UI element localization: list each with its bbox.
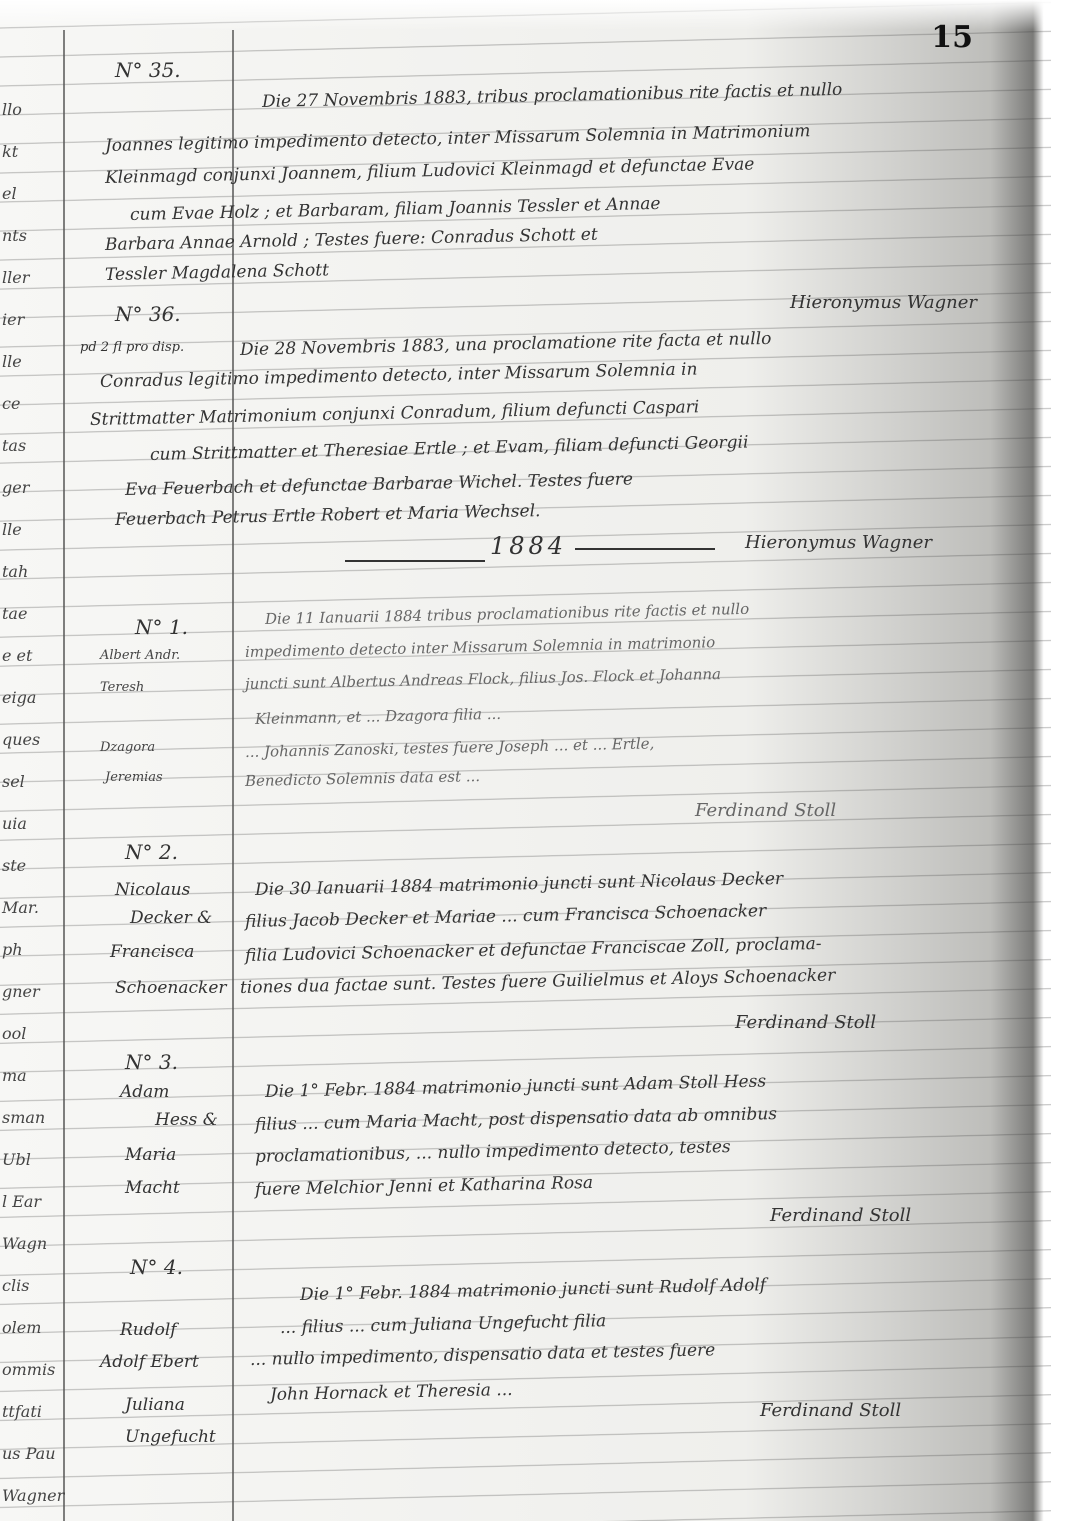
dispensation-note: pd 2 fl pro disp. xyxy=(80,340,184,355)
margin-fragment: Mar. xyxy=(2,898,39,917)
margin-fragment: ger xyxy=(2,478,29,497)
spouse-name: Jeremias xyxy=(105,770,163,785)
spouse-name: Nicolaus xyxy=(115,880,190,900)
spouse-name: Hess & xyxy=(155,1110,218,1130)
entry-number: N° 3. xyxy=(125,1050,178,1074)
margin-fragment: kt xyxy=(2,142,18,161)
margin-fragment: ste xyxy=(2,856,26,875)
entry-number: N° 4. xyxy=(130,1255,183,1279)
margin-fragment: ph xyxy=(2,940,23,959)
spouse-name: Dzagora xyxy=(100,740,155,755)
scan-right-edge xyxy=(1051,0,1065,1521)
margin-fragment: us Pau xyxy=(2,1444,56,1463)
margin-fragment: e et xyxy=(2,646,32,665)
signature: Ferdinand Stoll xyxy=(695,800,836,821)
margin-column-rule xyxy=(63,30,65,1521)
year-heading: 1884 xyxy=(490,532,567,560)
margin-fragment: sel xyxy=(2,772,25,791)
signature: Ferdinand Stoll xyxy=(760,1400,901,1421)
margin-fragment: Wagner xyxy=(2,1486,64,1505)
spouse-name: Adam xyxy=(120,1082,169,1102)
signature: Ferdinand Stoll xyxy=(770,1205,911,1226)
margin-fragment: tah xyxy=(2,562,28,581)
margin-fragment: ttfati xyxy=(2,1402,42,1421)
margin-fragment: uia xyxy=(2,814,27,833)
page-number: 15 xyxy=(931,20,973,55)
margin-fragment: gner xyxy=(2,982,40,1001)
signature: Hieronymus Wagner xyxy=(790,292,977,313)
spouse-name: Maria xyxy=(125,1145,176,1165)
signature: Hieronymus Wagner xyxy=(745,532,932,553)
signature: Ferdinand Stoll xyxy=(735,1012,876,1033)
margin-fragment: ller xyxy=(2,268,29,287)
margin-fragment: ool xyxy=(2,1024,26,1043)
margin-fragment: tae xyxy=(2,604,27,623)
margin-fragment: ier xyxy=(2,310,24,329)
margin-fragment: olem xyxy=(2,1318,41,1337)
spouse-name: Adolf Ebert xyxy=(100,1352,199,1372)
entry-number: N° 2. xyxy=(125,840,178,864)
margin-fragment: clis xyxy=(2,1276,29,1295)
entry-number: N° 35. xyxy=(115,58,181,82)
margin-fragment: lle xyxy=(2,520,22,539)
margin-fragment: el xyxy=(2,184,17,203)
margin-fragment: ma xyxy=(2,1066,27,1085)
margin-fragment: nts xyxy=(2,226,27,245)
margin-fragment: tas xyxy=(2,436,26,455)
spouse-name: Albert Andr. xyxy=(100,648,180,663)
name-column-rule xyxy=(232,30,234,1521)
margin-fragment: sman xyxy=(2,1108,45,1127)
margin-fragment: ques xyxy=(2,730,40,749)
year-rule-right xyxy=(575,548,715,550)
margin-fragment: ce xyxy=(2,394,20,413)
margin-fragment: Wagn xyxy=(2,1234,47,1253)
margin-fragment: ommis xyxy=(2,1360,55,1379)
margin-fragment: l Ear xyxy=(2,1192,41,1211)
spouse-name: Francisca xyxy=(110,942,194,962)
margin-fragment: llo xyxy=(2,100,22,119)
margin-fragment: lle xyxy=(2,352,22,371)
entry-number: N° 1. xyxy=(135,615,188,639)
scan-top-margin xyxy=(0,0,1065,30)
margin-fragment: Ubl xyxy=(2,1150,31,1169)
spouse-name: Macht xyxy=(125,1178,180,1198)
entry-number: N° 36. xyxy=(115,302,181,326)
spouse-name: Ungefucht xyxy=(125,1427,216,1447)
margin-fragment: eiga xyxy=(2,688,36,707)
spouse-name: Juliana xyxy=(125,1395,185,1415)
spouse-name: Rudolf xyxy=(120,1320,177,1340)
spouse-name: Decker & xyxy=(130,908,212,928)
year-rule-left xyxy=(345,560,485,562)
spouse-name: Schoenacker xyxy=(115,978,227,998)
spouse-name: Teresh xyxy=(100,680,144,695)
